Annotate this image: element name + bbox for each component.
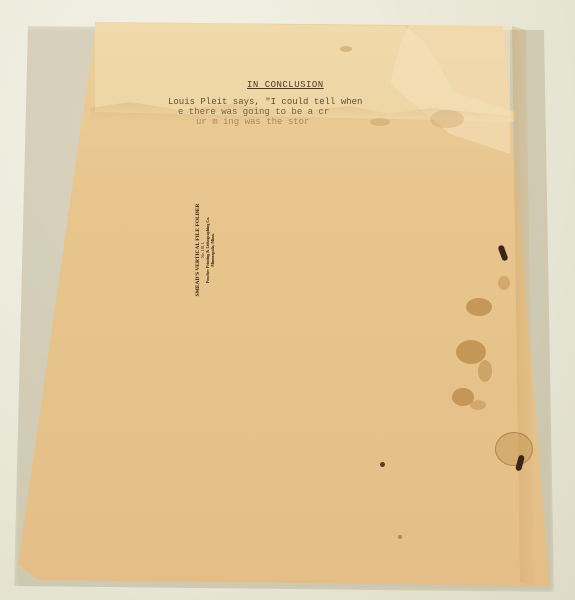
- water-stain: [478, 360, 492, 382]
- water-stain: [498, 276, 510, 290]
- water-stain: [495, 432, 533, 466]
- water-stain: [470, 400, 486, 410]
- typed-line: ur m ing was the stor: [196, 117, 309, 127]
- typed-line: Louis Pleit says, "I could tell when: [168, 97, 362, 107]
- typed-heading: IN CONCLUSION: [247, 80, 324, 90]
- ink-spot: [380, 462, 385, 467]
- water-stain: [340, 46, 352, 52]
- ink-spot: [398, 535, 402, 539]
- water-stain: [430, 110, 464, 128]
- printer-imprint: SMEAD'S VERTICAL FILE FOLDER No. 181 L P…: [195, 200, 235, 300]
- water-stain: [466, 298, 492, 316]
- typed-line: e there was going to be a cr: [178, 107, 329, 117]
- imprint-city: Minneapolis, Minn.: [211, 200, 216, 300]
- water-stain: [370, 118, 390, 126]
